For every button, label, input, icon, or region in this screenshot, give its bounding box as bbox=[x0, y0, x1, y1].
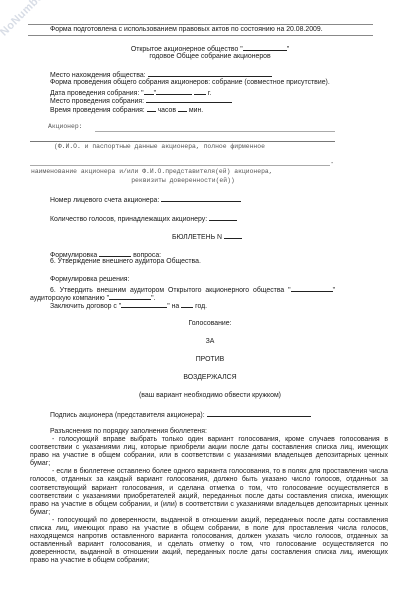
explanations-title: Разъяснения по порядку заполнения бюллет… bbox=[50, 428, 207, 436]
voting-label: Голосование: bbox=[0, 320, 420, 328]
header-bottom-rule bbox=[28, 35, 373, 36]
vote-option-against[interactable]: ПРОТИВ bbox=[0, 356, 420, 364]
ballot-number-blank[interactable] bbox=[224, 232, 242, 239]
decision-line-3: Заключить договор с "" на год. bbox=[50, 301, 207, 311]
header-note: Форма подготовлена с использованием прав… bbox=[50, 26, 323, 34]
company-location-blank[interactable] bbox=[148, 70, 272, 77]
auditor-company-blank[interactable] bbox=[109, 293, 151, 300]
account-number: Номер лицевого счета акционера: bbox=[50, 195, 241, 205]
decision-label: Формулировка решения: bbox=[50, 276, 129, 284]
signature: Подпись акционера (представителя акционе… bbox=[50, 410, 311, 420]
signature-blank[interactable] bbox=[207, 410, 311, 417]
shareholder-hint-2: наименование акционера и/или Ф.И.О.предс… bbox=[31, 168, 273, 176]
explanation-item: - голосующий по доверенности, выданной в… bbox=[30, 517, 388, 566]
company-name-blank[interactable] bbox=[243, 44, 287, 51]
shareholder-line-1[interactable] bbox=[95, 131, 335, 132]
voting-note: (ваш вариант необходимо обвести кружком) bbox=[0, 392, 420, 400]
question-text: 6. Утверждение внешнего аудитора Обществ… bbox=[50, 258, 201, 266]
meeting-time: Время проведения собрания: часов мин. bbox=[50, 105, 203, 115]
shareholder-hint-3: реквизиты доверенности(ей)) bbox=[0, 177, 366, 185]
meeting-form: Форма проведения общего собрания акционе… bbox=[50, 79, 330, 87]
auditee-company-blank[interactable] bbox=[291, 285, 333, 292]
meeting-title: годовое Общее собрание акционеров bbox=[0, 53, 420, 61]
header-top-rule bbox=[28, 24, 373, 25]
date-day-blank[interactable] bbox=[144, 88, 154, 95]
shareholder-line-dash: - bbox=[331, 160, 333, 168]
account-number-blank[interactable] bbox=[161, 195, 241, 202]
vote-option-abstain[interactable]: ВОЗДЕРЖАЛСЯ bbox=[0, 374, 420, 382]
vote-option-for[interactable]: ЗА bbox=[0, 338, 420, 346]
meeting-place-blank[interactable] bbox=[146, 96, 232, 103]
explanation-item: - если в бюллетене оставлено более одног… bbox=[30, 468, 388, 517]
time-minutes-blank[interactable] bbox=[178, 105, 187, 112]
date-year-blank[interactable] bbox=[194, 88, 206, 95]
date-month-blank[interactable] bbox=[156, 88, 192, 95]
contract-party-blank[interactable] bbox=[121, 301, 167, 308]
votes-count-blank[interactable] bbox=[209, 214, 237, 221]
shareholder-line-3[interactable] bbox=[30, 165, 330, 166]
question-number-blank[interactable] bbox=[99, 250, 131, 257]
contract-years-blank[interactable] bbox=[181, 301, 193, 308]
explanation-item: - голосующий вправе выбрать только один … bbox=[30, 436, 388, 468]
explanations-body: - голосующий вправе выбрать только один … bbox=[30, 436, 388, 566]
shareholder-label: Акционер: bbox=[48, 123, 83, 131]
shareholder-line-2[interactable] bbox=[30, 141, 335, 142]
time-hours-blank[interactable] bbox=[147, 105, 156, 112]
shareholder-hint-1: (Ф.И.О. и паспортные данные акционера, п… bbox=[54, 143, 265, 151]
votes-count: Количество голосов, принадлежащих акцион… bbox=[50, 214, 237, 224]
ballot-title: БЮЛЛЕТЕНЬ N bbox=[172, 232, 242, 242]
